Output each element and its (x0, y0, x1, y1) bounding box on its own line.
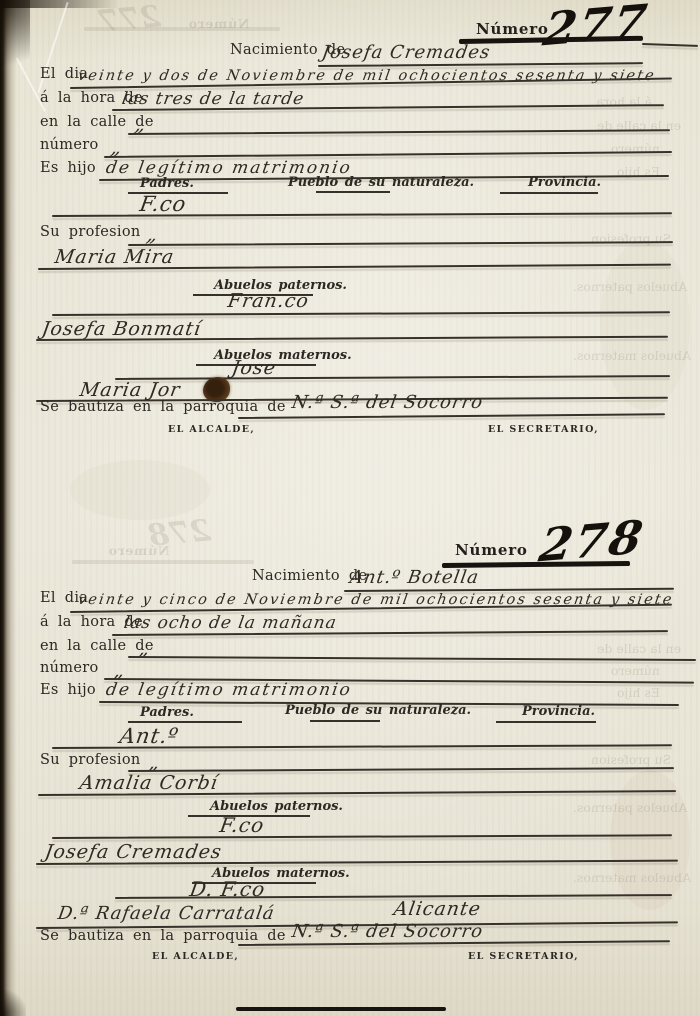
rule-line (104, 151, 672, 158)
parroquia-handwritten: N.ª S.ª del Socorro (290, 392, 484, 413)
ghost-numero-label: Número (108, 543, 169, 558)
header-underline (316, 191, 390, 193)
column-header-padres: Padres. (140, 176, 194, 191)
numero-calle-label: número (40, 137, 98, 153)
secretario-label: EL SECRETARIO, (468, 951, 579, 962)
es-hijo-label: Es hijo (40, 682, 96, 698)
numero-calle-label: número (40, 660, 98, 676)
abuela-paterna-handwritten: Josefa Cremades (43, 841, 223, 863)
rule-line (52, 834, 672, 839)
ghost-label: número (611, 663, 660, 678)
rule-line (642, 43, 698, 47)
column-header-pueblo: Pueblo de su naturaleza. (285, 703, 471, 718)
bautiza-label: Se bautiza en la parroquia de (40, 399, 286, 415)
next-entry-partial-line (236, 1007, 446, 1011)
numero-label: Número (476, 20, 549, 38)
ghost-label: en la calle de (597, 641, 681, 656)
ghost-label: á la hora (596, 94, 652, 109)
padre-handwritten: F.co (138, 192, 188, 216)
numero-value-handwritten: 277 (540, 0, 653, 56)
ghost-label: Abuelos paternos. (573, 800, 687, 815)
hora-value-handwritten: las tres de la tarde (120, 89, 305, 109)
child-name-handwritten: Josefa Cremades (320, 42, 492, 63)
child-name-handwritten: Ant.º Botella (348, 567, 480, 588)
profesion-label: Su profesion (40, 224, 141, 240)
column-header-provincia: Provincia. (522, 704, 595, 719)
book-binding-edge (0, 0, 17, 1016)
rule-line (128, 656, 696, 661)
ghost-label: número (611, 141, 660, 156)
rule-line (238, 413, 665, 419)
ghost-number-bar (72, 560, 254, 564)
ghost-label: Es hijo (617, 685, 660, 700)
ghost-label: Abuelos maternos. (573, 870, 691, 885)
es-hijo-label: Es hijo (40, 160, 96, 176)
ghost-label: Abuelos maternos. (573, 348, 691, 363)
profesion-label: Su profesion (40, 752, 141, 768)
ghost-label: Abuelos paternos. (573, 279, 687, 294)
scanned-register-page: 277 Número á la hora en la calle de núme… (0, 0, 700, 1016)
hora-value-handwritten: las ocho de la mañana (122, 613, 338, 633)
madre-handwritten: Amalia Corbí (78, 772, 219, 794)
secretario-label: EL SECRETARIO, (488, 424, 599, 435)
es-hijo-value-handwritten: de legítimo matrimonio (104, 680, 353, 700)
ghost-label: Su profesion (591, 752, 671, 767)
paper-stain (70, 460, 210, 520)
ghost-number-bar (84, 27, 280, 31)
column-header-padres: Padres. (140, 705, 194, 720)
ghost-number: 277 (97, 0, 162, 40)
calle-label: en la calle de (40, 638, 154, 654)
rule-line (115, 375, 670, 380)
abuela-materna-handwritten: D.ª Rafaela Carratalá (56, 903, 276, 924)
abuelo-paterno-handwritten: F.co (218, 813, 266, 837)
abuelo-materno-handwritten: Jose (230, 357, 278, 379)
header-underline (496, 721, 596, 723)
profesion-ditto-mark: „ (144, 222, 160, 246)
bautiza-label: Se bautiza en la parroquia de (40, 928, 286, 944)
rule-line (128, 129, 670, 135)
madre-handwritten: Maria Mira (53, 246, 176, 268)
abuela-materna-handwritten: Maria Jor (78, 379, 182, 401)
alcalde-label: EL ALCALDE, (152, 951, 239, 962)
rule-line (52, 311, 670, 316)
abuela-materna-pueblo-handwritten: Alicante (392, 898, 482, 920)
header-underline (500, 192, 598, 194)
column-header-pueblo: Pueblo de su naturaleza. (288, 175, 474, 190)
padre-handwritten: Ant.º (118, 724, 180, 748)
abuela-paterna-handwritten: Josefa Bonmatí (40, 318, 203, 340)
parroquia-handwritten: N.ª S.ª del Socorro (290, 921, 484, 942)
header-underline (128, 721, 242, 723)
column-header-provincia: Provincia. (528, 175, 601, 190)
abuelos-paternos-label: Abuelos paternos. (210, 799, 343, 814)
abuelo-paterno-handwritten: Fran.co (226, 290, 310, 312)
ghost-label: Su profesion (591, 231, 671, 246)
numero-label: Número (455, 541, 528, 559)
header-underline (310, 720, 380, 722)
dark-corner-bottom-left (0, 985, 26, 1016)
alcalde-label: EL ALCALDE, (168, 424, 255, 435)
